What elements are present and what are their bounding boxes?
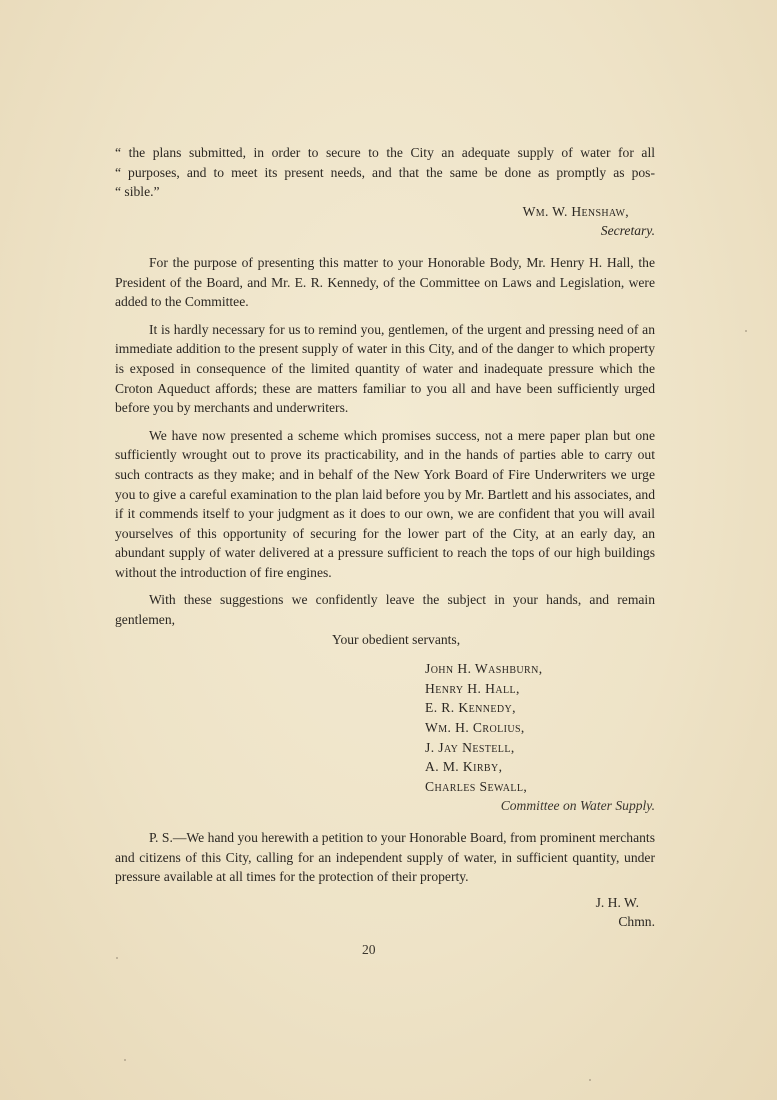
signer-name: A. M. Kirby, bbox=[425, 757, 655, 777]
quote-line: “ sible.” bbox=[115, 182, 655, 202]
signer-name: J. Jay Nestell, bbox=[425, 738, 655, 758]
paper-speck bbox=[124, 1059, 126, 1061]
signer-name: Wm. H. Crolius, bbox=[425, 718, 655, 738]
paragraph: For the purpose of presenting this matte… bbox=[115, 253, 655, 312]
paragraph: With these suggestions we confidently le… bbox=[115, 590, 655, 629]
page-number: 20 bbox=[362, 942, 376, 958]
postscript-title: Chmn. bbox=[115, 912, 655, 932]
signer-name: E. R. Kennedy, bbox=[425, 698, 655, 718]
closing-salutation: Your obedient servants, bbox=[115, 630, 655, 650]
signer-name: Charles Sewall, bbox=[425, 777, 655, 797]
secretary-title: Secretary. bbox=[115, 221, 655, 241]
secretary-signature: Wm. W. Henshaw, Secretary. bbox=[115, 202, 655, 241]
paper-speck bbox=[745, 330, 747, 332]
secretary-name: Wm. W. Henshaw, bbox=[115, 202, 655, 222]
postscript-initials: J. H. W. bbox=[115, 893, 655, 913]
committee-title: Committee on Water Supply. bbox=[115, 796, 655, 816]
quote-line: “ purposes, and to meet its present need… bbox=[115, 163, 655, 183]
signer-name: John H. Washburn, bbox=[425, 659, 655, 679]
signers-list: John H. Washburn, Henry H. Hall, E. R. K… bbox=[115, 659, 655, 796]
paper-speck bbox=[116, 957, 118, 959]
document-page: “ the plans submitted, in order to secur… bbox=[115, 143, 655, 932]
paragraph: We have now presented a scheme which pro… bbox=[115, 426, 655, 583]
paragraph: It is hardly necessary for us to remind … bbox=[115, 320, 655, 418]
postscript: P. S.—We hand you herewith a petition to… bbox=[115, 828, 655, 887]
quoted-resolution: “ the plans submitted, in order to secur… bbox=[115, 143, 655, 202]
signer-name: Henry H. Hall, bbox=[425, 679, 655, 699]
quote-line: “ the plans submitted, in order to secur… bbox=[115, 143, 655, 163]
paper-speck bbox=[589, 1079, 591, 1081]
